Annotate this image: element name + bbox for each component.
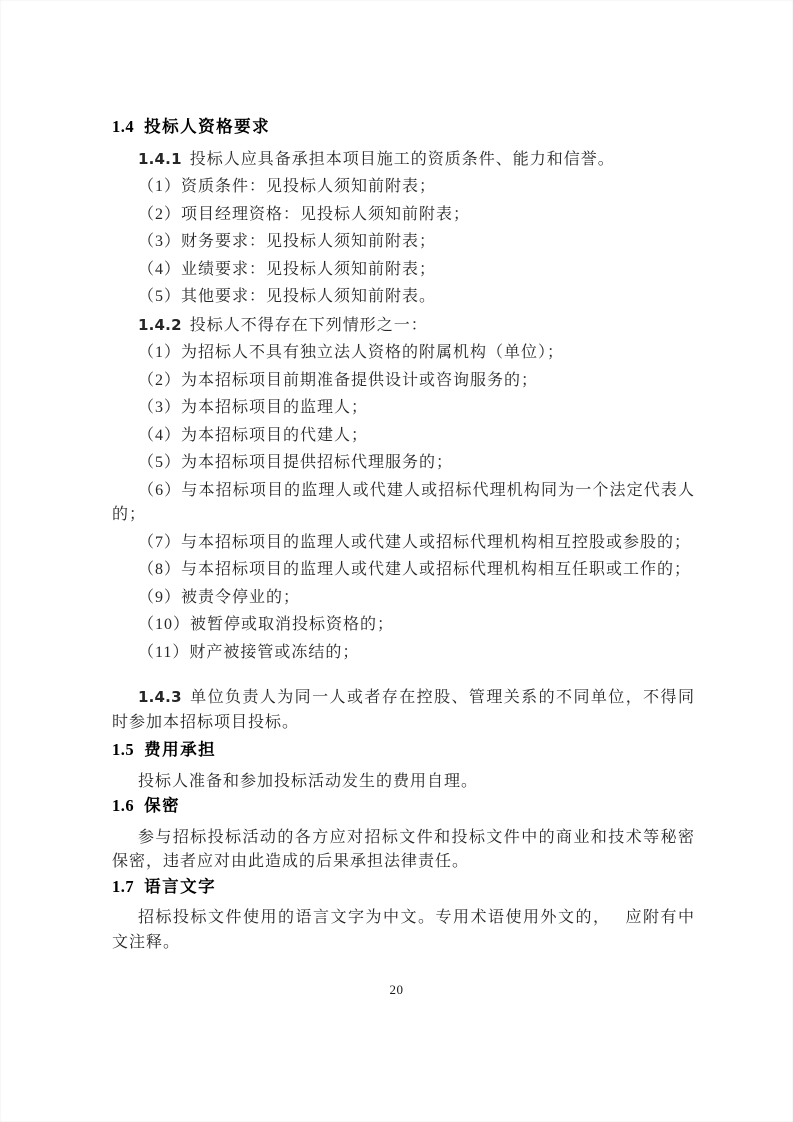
- section-1-6-body: 参与招标投标活动的各方应对招标文件和投标文件中的商业和技术等秘密保密，违者应对由…: [112, 826, 695, 875]
- section-heading-1-6: 1.6保密: [112, 794, 695, 819]
- situation-item: （1）为招标人不具有独立法人资格的附属机构（单位）；: [112, 341, 695, 366]
- section-title: 费用承担: [144, 740, 216, 759]
- clause-text: 投标人不得存在下列情形之一：: [190, 317, 428, 334]
- page-number: 20: [390, 982, 404, 997]
- clause-1-4-3: 1.4.3单位负责人为同一人或者存在控股、管理关系的不同单位，不得同时参加本招标…: [112, 685, 695, 735]
- qualification-item: （1）资质条件：见投标人须知前附表；: [112, 175, 695, 200]
- section-heading-1-4: 1.4投标人资格要求: [112, 115, 695, 140]
- qualification-item: （2）项目经理资格：见投标人须知前附表；: [112, 203, 695, 228]
- page-content: 1.4投标人资格要求 1.4.1投标人应具备承担本项目施工的资质条件、能力和信誉…: [0, 0, 793, 955]
- situation-item: （2）为本招标项目前期准备提供设计或咨询服务的；: [112, 369, 695, 394]
- blank-line: [112, 668, 695, 685]
- situation-item: （7）与本招标项目的监理人或代建人或招标代理机构相互控股或参股的；: [112, 531, 695, 556]
- section-heading-1-5: 1.5费用承担: [112, 738, 695, 763]
- page-footer: 20: [0, 982, 793, 998]
- situation-item: （4）为本招标项目的代建人；: [112, 424, 695, 449]
- situation-item: （11）财产被接管或冻结的；: [112, 641, 695, 666]
- situation-item: （3）为本招标项目的监理人；: [112, 396, 695, 421]
- situation-item: （10）被暂停或取消投标资格的；: [112, 613, 695, 638]
- qualification-item: （3）财务要求：见投标人须知前附表；: [112, 230, 695, 255]
- clause-text: 投标人应具备承担本项目施工的资质条件、能力和信誉。: [190, 151, 615, 168]
- section-heading-1-7: 1.7语言文字: [112, 875, 695, 900]
- document-page: 1.4投标人资格要求 1.4.1投标人应具备承担本项目施工的资质条件、能力和信誉…: [0, 0, 793, 1122]
- section-title: 语言文字: [144, 877, 216, 896]
- section-number: 1.6: [112, 796, 134, 815]
- clause-text: 单位负责人为同一人或者存在控股、管理关系的不同单位，不得同时参加本招标项目投标。: [112, 689, 695, 731]
- section-number: 1.4: [112, 117, 134, 136]
- situation-item: （8）与本招标项目的监理人或代建人或招标代理机构相互任职或工作的；: [112, 558, 695, 583]
- section-1-5-body: 投标人准备和参加投标活动发生的费用自理。: [112, 770, 695, 795]
- clause-number: 1.4.1: [138, 150, 182, 168]
- section-number: 1.7: [112, 877, 134, 896]
- section-1-7-body: 招标投标文件使用的语言文字为中文。专用术语使用外文的， 应附有中文注释。: [112, 906, 695, 955]
- qualification-item: （4）业绩要求：见投标人须知前附表；: [112, 258, 695, 283]
- clause-1-4-2: 1.4.2投标人不得存在下列情形之一：: [112, 313, 695, 339]
- situation-item: （5）为本招标项目提供招标代理服务的；: [112, 451, 695, 476]
- clause-1-4-1: 1.4.1投标人应具备承担本项目施工的资质条件、能力和信誉。: [112, 147, 695, 173]
- qualification-item: （5）其他要求：见投标人须知前附表。: [112, 285, 695, 310]
- clause-number: 1.4.3: [138, 688, 182, 706]
- clause-number: 1.4.2: [138, 316, 182, 334]
- section-number: 1.5: [112, 740, 134, 759]
- section-title: 保密: [144, 796, 180, 815]
- situation-item: （9）被责令停业的；: [112, 586, 695, 611]
- situation-item: （6）与本招标项目的监理人或代建人或招标代理机构同为一个法定代表人的；: [112, 479, 695, 528]
- section-title: 投标人资格要求: [144, 117, 270, 136]
